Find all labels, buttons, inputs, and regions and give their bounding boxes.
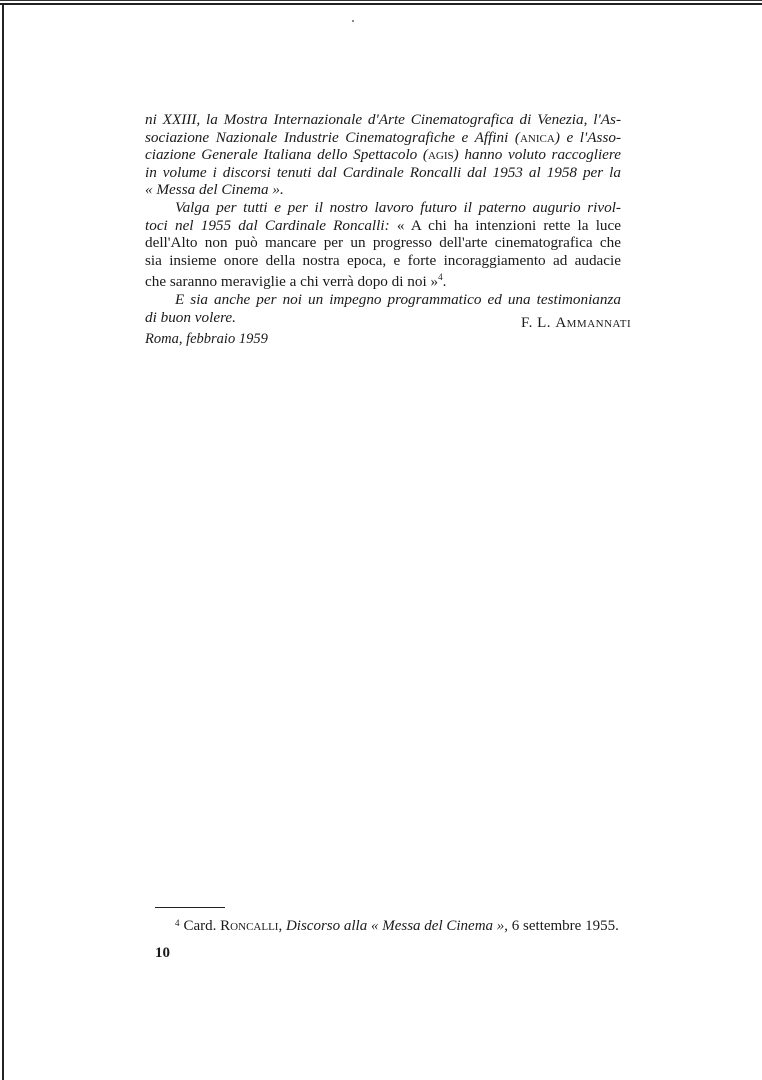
text-line: che saranno meraviglie a chi verrà dopo … <box>145 269 621 291</box>
text-line: sociazione Nazionale Industrie Cinematog… <box>145 129 621 147</box>
place-date: Roma, febbraio 1959 <box>145 331 268 348</box>
signature: F. L. Ammannati <box>521 315 631 332</box>
footnote-rule <box>155 907 225 908</box>
text-line: ciazione Generale Italiana dello Spettac… <box>145 146 621 164</box>
scan-edge-left <box>2 4 4 1080</box>
text-line: in volume i discorsi tenuti dal Cardinal… <box>145 164 621 182</box>
text-line: « Messa del Cinema ». <box>145 181 621 199</box>
text-line: dell'Alto non può mancare per un progres… <box>145 234 621 252</box>
scan-edge-top <box>0 0 762 6</box>
page-number: 10 <box>155 945 170 962</box>
text-line: toci nel 1955 dal Cardinale Roncalli: « … <box>145 217 621 235</box>
text-line: ni XXIII, la Mostra Internazionale d'Art… <box>145 111 621 129</box>
text-line: E sia anche per noi un impegno programma… <box>145 291 621 309</box>
text-line: sia insieme onore della nostra epoca, e … <box>145 252 621 270</box>
text-line: Valga per tutti e per il nostro lavoro f… <box>145 199 621 217</box>
scan-speck <box>352 20 354 22</box>
body-text: ni XXIII, la Mostra Internazionale d'Art… <box>145 111 621 326</box>
footnote: 4Card. Roncalli, Discorso alla « Messa d… <box>175 918 619 935</box>
